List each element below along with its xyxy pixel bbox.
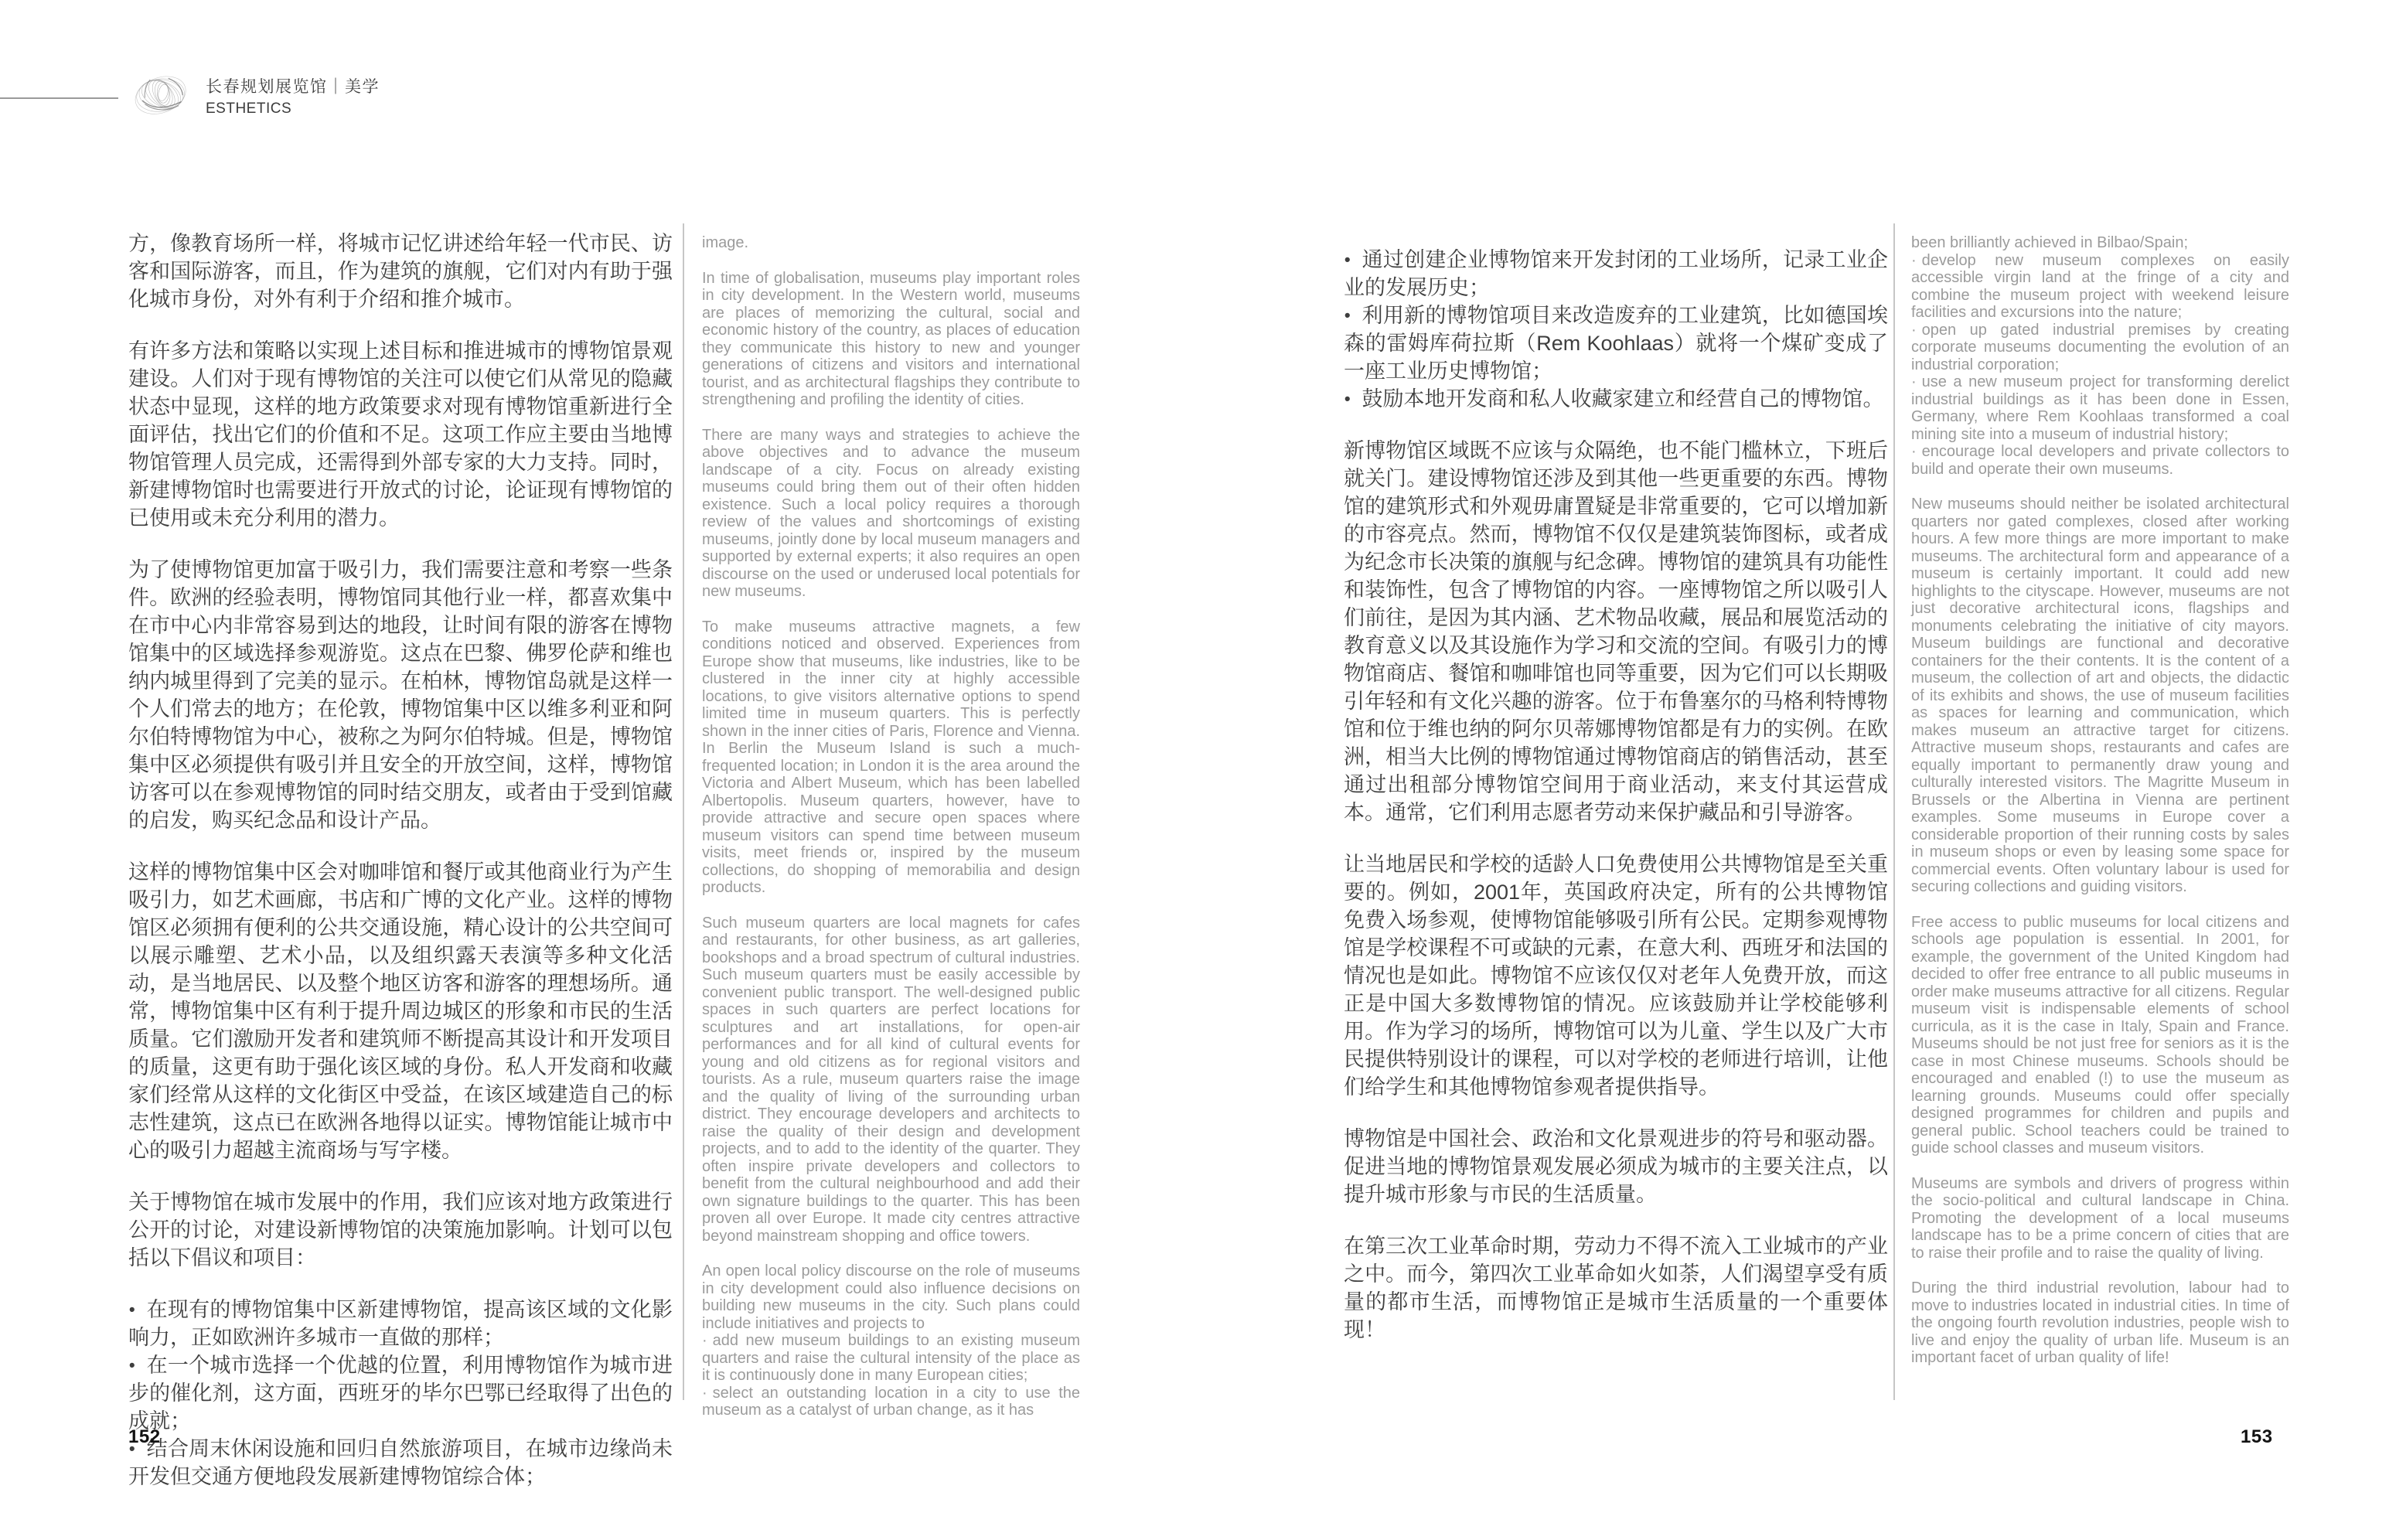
page-number-right: 153 (2241, 1426, 2273, 1448)
bullet-item: ·develop new museum complexes on easily … (1911, 252, 2289, 322)
bullet-text: 利用新的博物馆项目来改造废弃的工业建筑，比如德国埃森的雷姆库荷拉斯（Rem Ko… (1344, 304, 1888, 383)
header-left-rule (0, 97, 118, 99)
paragraph: New museums should neither be isolated a… (1911, 496, 2289, 896)
bullet-text: use a new museum project for transformin… (1911, 373, 2289, 443)
bullet-icon: · (1911, 373, 1917, 390)
bullet-item: •鼓励本地开发商和私人收藏家建立和经营自己的博物馆。 (1344, 385, 1888, 413)
swirl-logo-icon (131, 66, 196, 125)
header-title-chinese: 长春规划展览馆｜美学 (206, 78, 380, 97)
paragraph: image. (702, 234, 1080, 252)
bullet-icon: • (129, 1298, 135, 1322)
bullet-icon: • (1344, 304, 1351, 328)
bullet-item: ·use a new museum project for transformi… (1911, 373, 2289, 443)
paragraph: 方，像教育场所一样，将城市记忆讲述给年轻一代市民、访客和国际游客，而且，作为建筑… (128, 230, 673, 313)
bullet-icon: • (1344, 248, 1351, 272)
left-page-english-column: image. In time of globalisation, museums… (702, 234, 1080, 1419)
bullet-list: •通过创建企业博物馆来开发封闭的工业场所，记录工业企业的发展历史； •利用新的博… (1344, 246, 1888, 413)
bullet-text: 鼓励本地开发商和私人收藏家建立和经营自己的博物馆。 (1361, 387, 1883, 411)
column-divider-left-page (683, 223, 684, 1400)
bullet-text: open up gated industrial premises by cre… (1911, 322, 2289, 373)
paragraph: 博物馆是中国社会、政治和文化景观进步的符号和驱动器。促进当地的博物馆景观发展必须… (1344, 1125, 1888, 1208)
bullet-list: •在现有的博物馆集中区新建博物馆，提高该区域的文化影响力，正如欧洲许多城市一直做… (128, 1296, 673, 1491)
paragraph-with-bullets: been brilliantly achieved in Bilbao/Spai… (1911, 234, 2289, 478)
right-page-chinese-column: •通过创建企业博物馆来开发封闭的工业场所，记录工业企业的发展历史； •利用新的博… (1344, 246, 1888, 1344)
paragraph: There are many ways and strategies to ac… (702, 427, 1080, 601)
bullet-icon: · (702, 1385, 707, 1402)
bullet-text: 在现有的博物馆集中区新建博物馆，提高该区域的文化影响力，正如欧洲许多城市一直做的… (128, 1298, 673, 1349)
header-title-english: ESTHETICS (206, 101, 380, 118)
bullet-item: •在现有的博物馆集中区新建博物馆，提高该区域的文化影响力，正如欧洲许多城市一直做… (128, 1296, 673, 1351)
bullet-text: encourage local developers and private c… (1911, 443, 2289, 478)
paragraph: 让当地居民和学校的适龄人口免费使用公共博物馆是至关重要的。例如，2001年，英国… (1344, 850, 1888, 1101)
bullet-item: •结合周末休闲设施和回归自然旅游项目，在城市边缘尚未开发但交通方便地段发展新建博… (128, 1435, 673, 1491)
bullet-item: ·add new museum buildings to an existing… (702, 1332, 1080, 1385)
paragraph: To make museums attractive magnets, a fe… (702, 618, 1080, 897)
bullet-item: ·select an outstanding location in a cit… (702, 1385, 1080, 1419)
bullet-icon: · (1911, 252, 1917, 269)
paragraph: Free access to public museums for local … (1911, 914, 2289, 1157)
bullet-item: ·encourage local developers and private … (1911, 443, 2289, 478)
paragraph: 关于博物馆在城市发展中的作用，我们应该对地方政策进行公开的讨论，对建设新博物馆的… (128, 1188, 673, 1272)
paragraph: 在第三次工业革命时期，劳动力不得不流入工业城市的产业之中。而今，第四次工业革命如… (1344, 1232, 1888, 1344)
right-page-english-column: been brilliantly achieved in Bilbao/Spai… (1911, 234, 2289, 1367)
bullet-icon: · (702, 1332, 707, 1349)
paragraph: 有许多方法和策略以实现上述目标和推进城市的博物馆景观建设。人们对于现有博物馆的关… (128, 337, 673, 532)
museum-logo (131, 66, 196, 125)
bullet-icon: · (1911, 443, 1917, 460)
bullet-icon: • (129, 1354, 135, 1378)
paragraph: 这样的博物馆集中区会对咖啡馆和餐厅或其他商业行为产生吸引力，如艺术画廊，书店和广… (128, 858, 673, 1164)
bullet-text: add new museum buildings to an existing … (702, 1332, 1080, 1384)
header-title-block: 长春规划展览馆｜美学 ESTHETICS (206, 78, 380, 118)
paragraph: Such museum quarters are local magnets f… (702, 915, 1080, 1245)
paragraph: 新博物馆区域既不应该与众隔绝，也不能门槛林立，下班后就关门。建设博物馆还涉及到其… (1344, 437, 1888, 826)
paragraph: During the third industrial revolution, … (1911, 1279, 2289, 1367)
bullet-text: 结合周末休闲设施和回归自然旅游项目，在城市边缘尚未开发但交通方便地段发展新建博物… (128, 1437, 673, 1488)
paragraph: 为了使博物馆更加富于吸引力，我们需要注意和考察一些条件。欧洲的经验表明，博物馆同… (128, 556, 673, 834)
left-page-chinese-column: 方，像教育场所一样，将城市记忆讲述给年轻一代市民、访客和国际游客，而且，作为建筑… (128, 230, 673, 1491)
bullet-icon: · (1911, 322, 1917, 339)
page-number-left: 152 (128, 1426, 161, 1448)
bullet-item: •通过创建企业博物馆来开发封闭的工业场所，记录工业企业的发展历史； (1344, 246, 1888, 302)
bullet-item: ·open up gated industrial premises by cr… (1911, 322, 2289, 374)
column-divider-right-page (1893, 223, 1895, 1400)
bullet-text: develop new museum complexes on easily a… (1911, 252, 2289, 322)
bullet-text: select an outstanding location in a city… (702, 1385, 1080, 1419)
paragraph: In time of globalisation, museums play i… (702, 270, 1080, 409)
bullet-text: 在一个城市选择一个优越的位置，利用博物馆作为城市进步的催化剂，这方面，西班牙的毕… (128, 1354, 673, 1433)
paragraph: An open local policy discourse on the ro… (702, 1262, 1080, 1332)
bullet-icon: • (1344, 387, 1351, 411)
paragraph: Museums are symbols and drivers of progr… (1911, 1175, 2289, 1262)
bullet-item: •在一个城市选择一个优越的位置，利用博物馆作为城市进步的催化剂，这方面，西班牙的… (128, 1351, 673, 1435)
bullet-item: •利用新的博物馆项目来改造废弃的工业建筑，比如德国埃森的雷姆库荷拉斯（Rem K… (1344, 302, 1888, 385)
paragraph: been brilliantly achieved in Bilbao/Spai… (1911, 234, 2289, 252)
bullet-text: 通过创建企业博物馆来开发封闭的工业场所，记录工业企业的发展历史； (1344, 248, 1888, 299)
paragraph-with-bullets: An open local policy discourse on the ro… (702, 1262, 1080, 1419)
